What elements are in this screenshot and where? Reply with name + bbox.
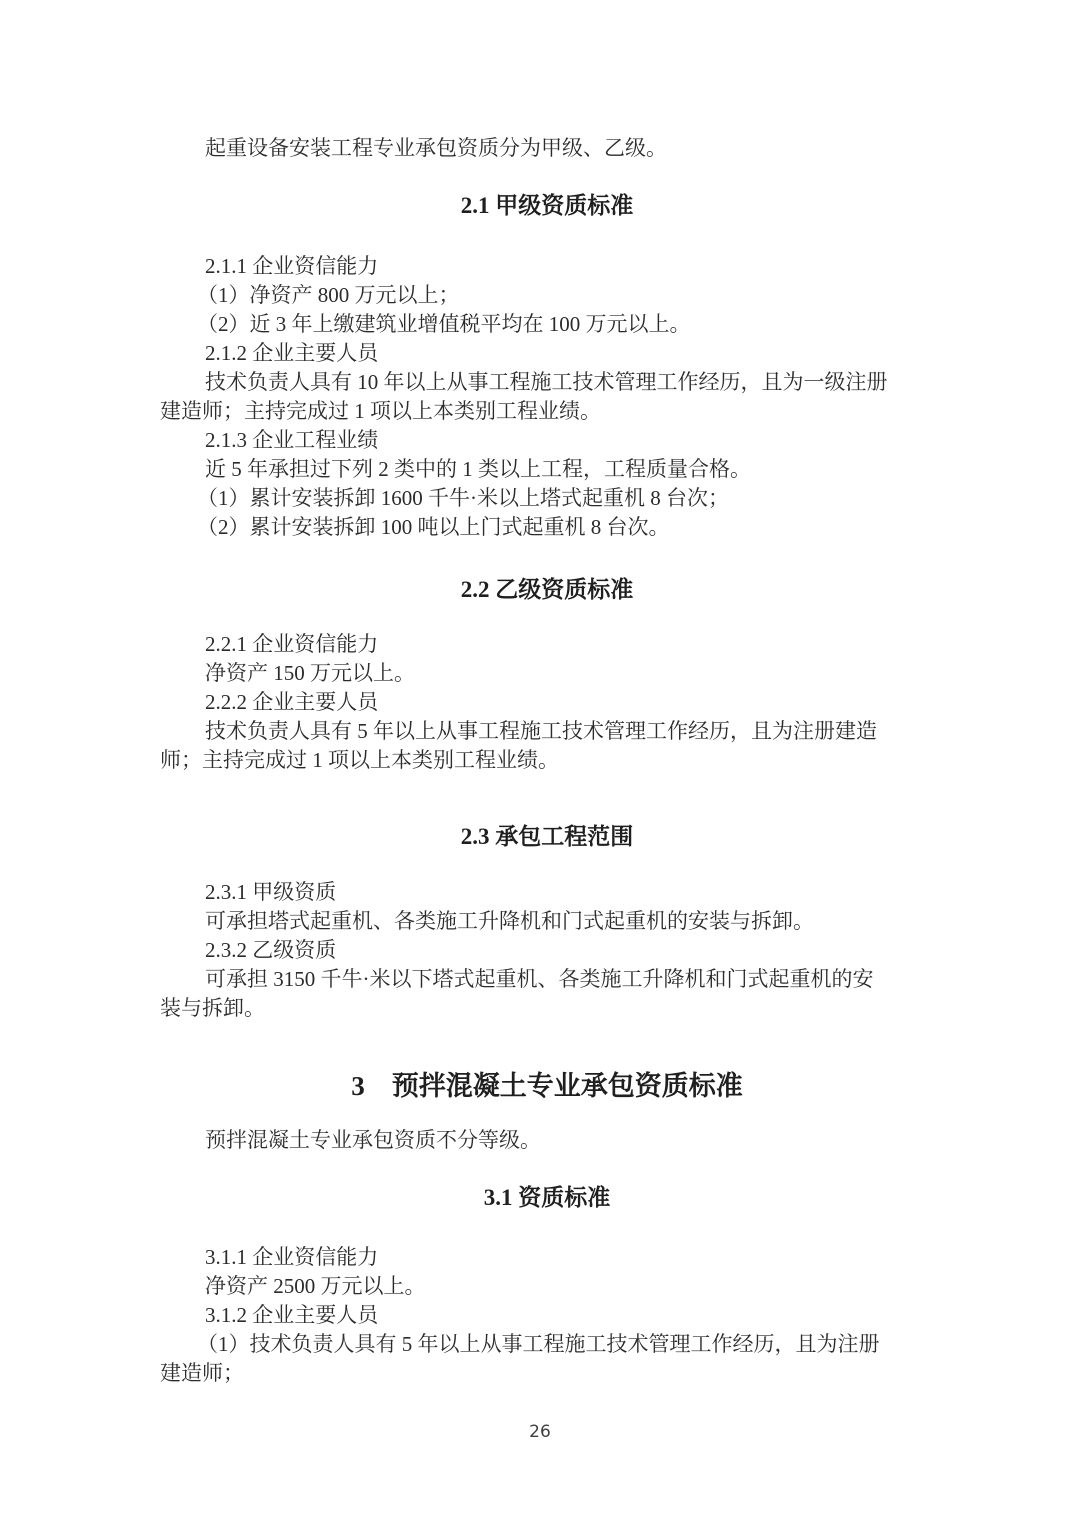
intro-line: 起重设备安装工程专业承包资质分为甲级、乙级。 — [160, 134, 934, 163]
text-line: 2.3.1 甲级资质 — [160, 878, 934, 907]
text-line: 2.1.2 企业主要人员 — [160, 339, 934, 368]
text-line: 2.2.1 企业资信能力 — [160, 630, 934, 659]
text-line: 师；主持完成过 1 项以上本类别工程业绩。 — [160, 746, 934, 775]
text-line: （2）累计安装拆卸 100 吨以上门式起重机 8 台次。 — [160, 513, 934, 542]
text-line: 技术负责人具有 5 年以上从事工程施工技术管理工作经历，且为注册建造 — [160, 717, 934, 746]
text-line: 净资产 150 万元以上。 — [160, 659, 934, 688]
text-line: 近 5 年承担过下列 2 类中的 1 类以上工程，工程质量合格。 — [160, 455, 934, 484]
text-line: 建造师； — [160, 1359, 934, 1388]
section-body-3-1: 3.1.1 企业资信能力 净资产 2500 万元以上。 3.1.2 企业主要人员… — [160, 1243, 934, 1388]
chapter-3-intro-line: 预拌混凝土专业承包资质不分等级。 — [160, 1126, 934, 1155]
chapter-heading-3: 3 预拌混凝土专业承包资质标准 — [160, 1068, 934, 1104]
text-line: 装与拆卸。 — [160, 994, 934, 1023]
text-line: 可承担 3150 千牛·米以下塔式起重机、各类施工升降机和门式起重机的安 — [160, 965, 934, 994]
section-heading-2-1: 2.1 甲级资质标准 — [160, 191, 934, 221]
section-body-2-2: 2.2.1 企业资信能力 净资产 150 万元以上。 2.2.2 企业主要人员 … — [160, 630, 934, 775]
text-line: 净资产 2500 万元以上。 — [160, 1272, 934, 1301]
text-line: （2）近 3 年上缴建筑业增值税平均在 100 万元以上。 — [160, 310, 934, 339]
page-number: 26 — [0, 1420, 1080, 1444]
text-line: （1）技术负责人具有 5 年以上从事工程施工技术管理工作经历，且为注册 — [160, 1330, 934, 1359]
text-line: （1）累计安装拆卸 1600 千牛·米以上塔式起重机 8 台次； — [160, 484, 934, 513]
section-body-2-3: 2.3.1 甲级资质 可承担塔式起重机、各类施工升降机和门式起重机的安装与拆卸。… — [160, 878, 934, 1023]
text-line: 3.1.2 企业主要人员 — [160, 1301, 934, 1330]
section-heading-2-2: 2.2 乙级资质标准 — [160, 575, 934, 605]
document-page: 起重设备安装工程专业承包资质分为甲级、乙级。 2.1 甲级资质标准 2.1.1 … — [0, 0, 1080, 1527]
text-line: 2.3.2 乙级资质 — [160, 936, 934, 965]
section-heading-3-1: 3.1 资质标准 — [160, 1183, 934, 1213]
text-line: 建造师；主持完成过 1 项以上本类别工程业绩。 — [160, 397, 934, 426]
text-line: （1）净资产 800 万元以上； — [160, 281, 934, 310]
text-line: 3.1.1 企业资信能力 — [160, 1243, 934, 1272]
text-line: 技术负责人具有 10 年以上从事工程施工技术管理工作经历，且为一级注册 — [160, 368, 934, 397]
document-content: 起重设备安装工程专业承包资质分为甲级、乙级。 2.1 甲级资质标准 2.1.1 … — [0, 0, 1080, 1388]
text-line: 可承担塔式起重机、各类施工升降机和门式起重机的安装与拆卸。 — [160, 907, 934, 936]
section-body-2-1: 2.1.1 企业资信能力 （1）净资产 800 万元以上； （2）近 3 年上缴… — [160, 252, 934, 542]
text-line: 2.1.3 企业工程业绩 — [160, 426, 934, 455]
section-heading-2-3: 2.3 承包工程范围 — [160, 822, 934, 852]
text-line: 2.2.2 企业主要人员 — [160, 688, 934, 717]
text-line: 2.1.1 企业资信能力 — [160, 252, 934, 281]
